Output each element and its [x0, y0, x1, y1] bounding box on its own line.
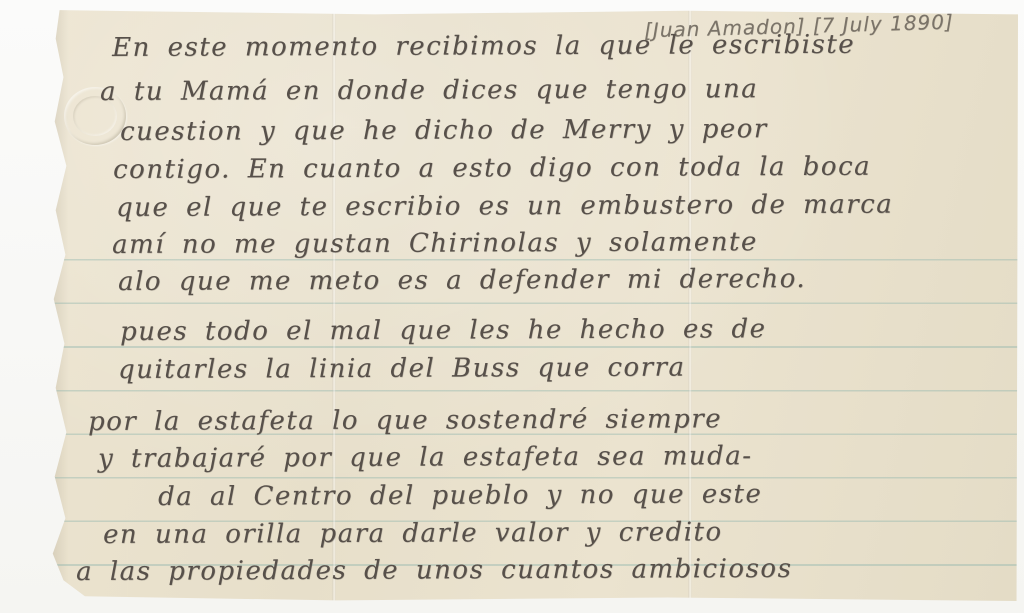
letter-line-1: En este momento recibimos la que le escr…	[112, 30, 855, 63]
letter-line-3: cuestion y que he dicho de Merry y peor	[120, 114, 768, 147]
letter-line-9: quitarles la linia del Buss que corra	[118, 353, 686, 385]
letter-line-11: y trabajaré por que la estafeta sea muda…	[98, 441, 753, 474]
letter-line-6: amí no me gustan Chirinolas y solamente	[112, 227, 758, 260]
scanned-document: [Juan Amadon] [7 July 1890] En este mome…	[0, 0, 1024, 613]
letter-line-10: por la estafeta lo que sostendré siempre	[88, 404, 722, 437]
letter-line-8: pues todo el mal que les he hecho es de	[120, 314, 766, 347]
letter-line-14: a las propiedades de unos cuantos ambici…	[76, 554, 792, 587]
letter-line-13: en una orilla para darle valor y credito	[103, 517, 723, 550]
letter-line-4: contigo. En cuanto a esto digo con toda …	[113, 152, 871, 185]
letter-line-7: alo que me meto es a defender mi derecho…	[118, 264, 806, 297]
letter-line-2: a tu Mamá en donde dices que tengo una	[100, 74, 758, 107]
letter-paper: [Juan Amadon] [7 July 1890] En este mome…	[44, 9, 1018, 601]
letter-line-12: da al Centro del pueblo y no que este	[158, 479, 762, 512]
letter-line-5: que el que te escribio es un embustero d…	[116, 190, 893, 223]
